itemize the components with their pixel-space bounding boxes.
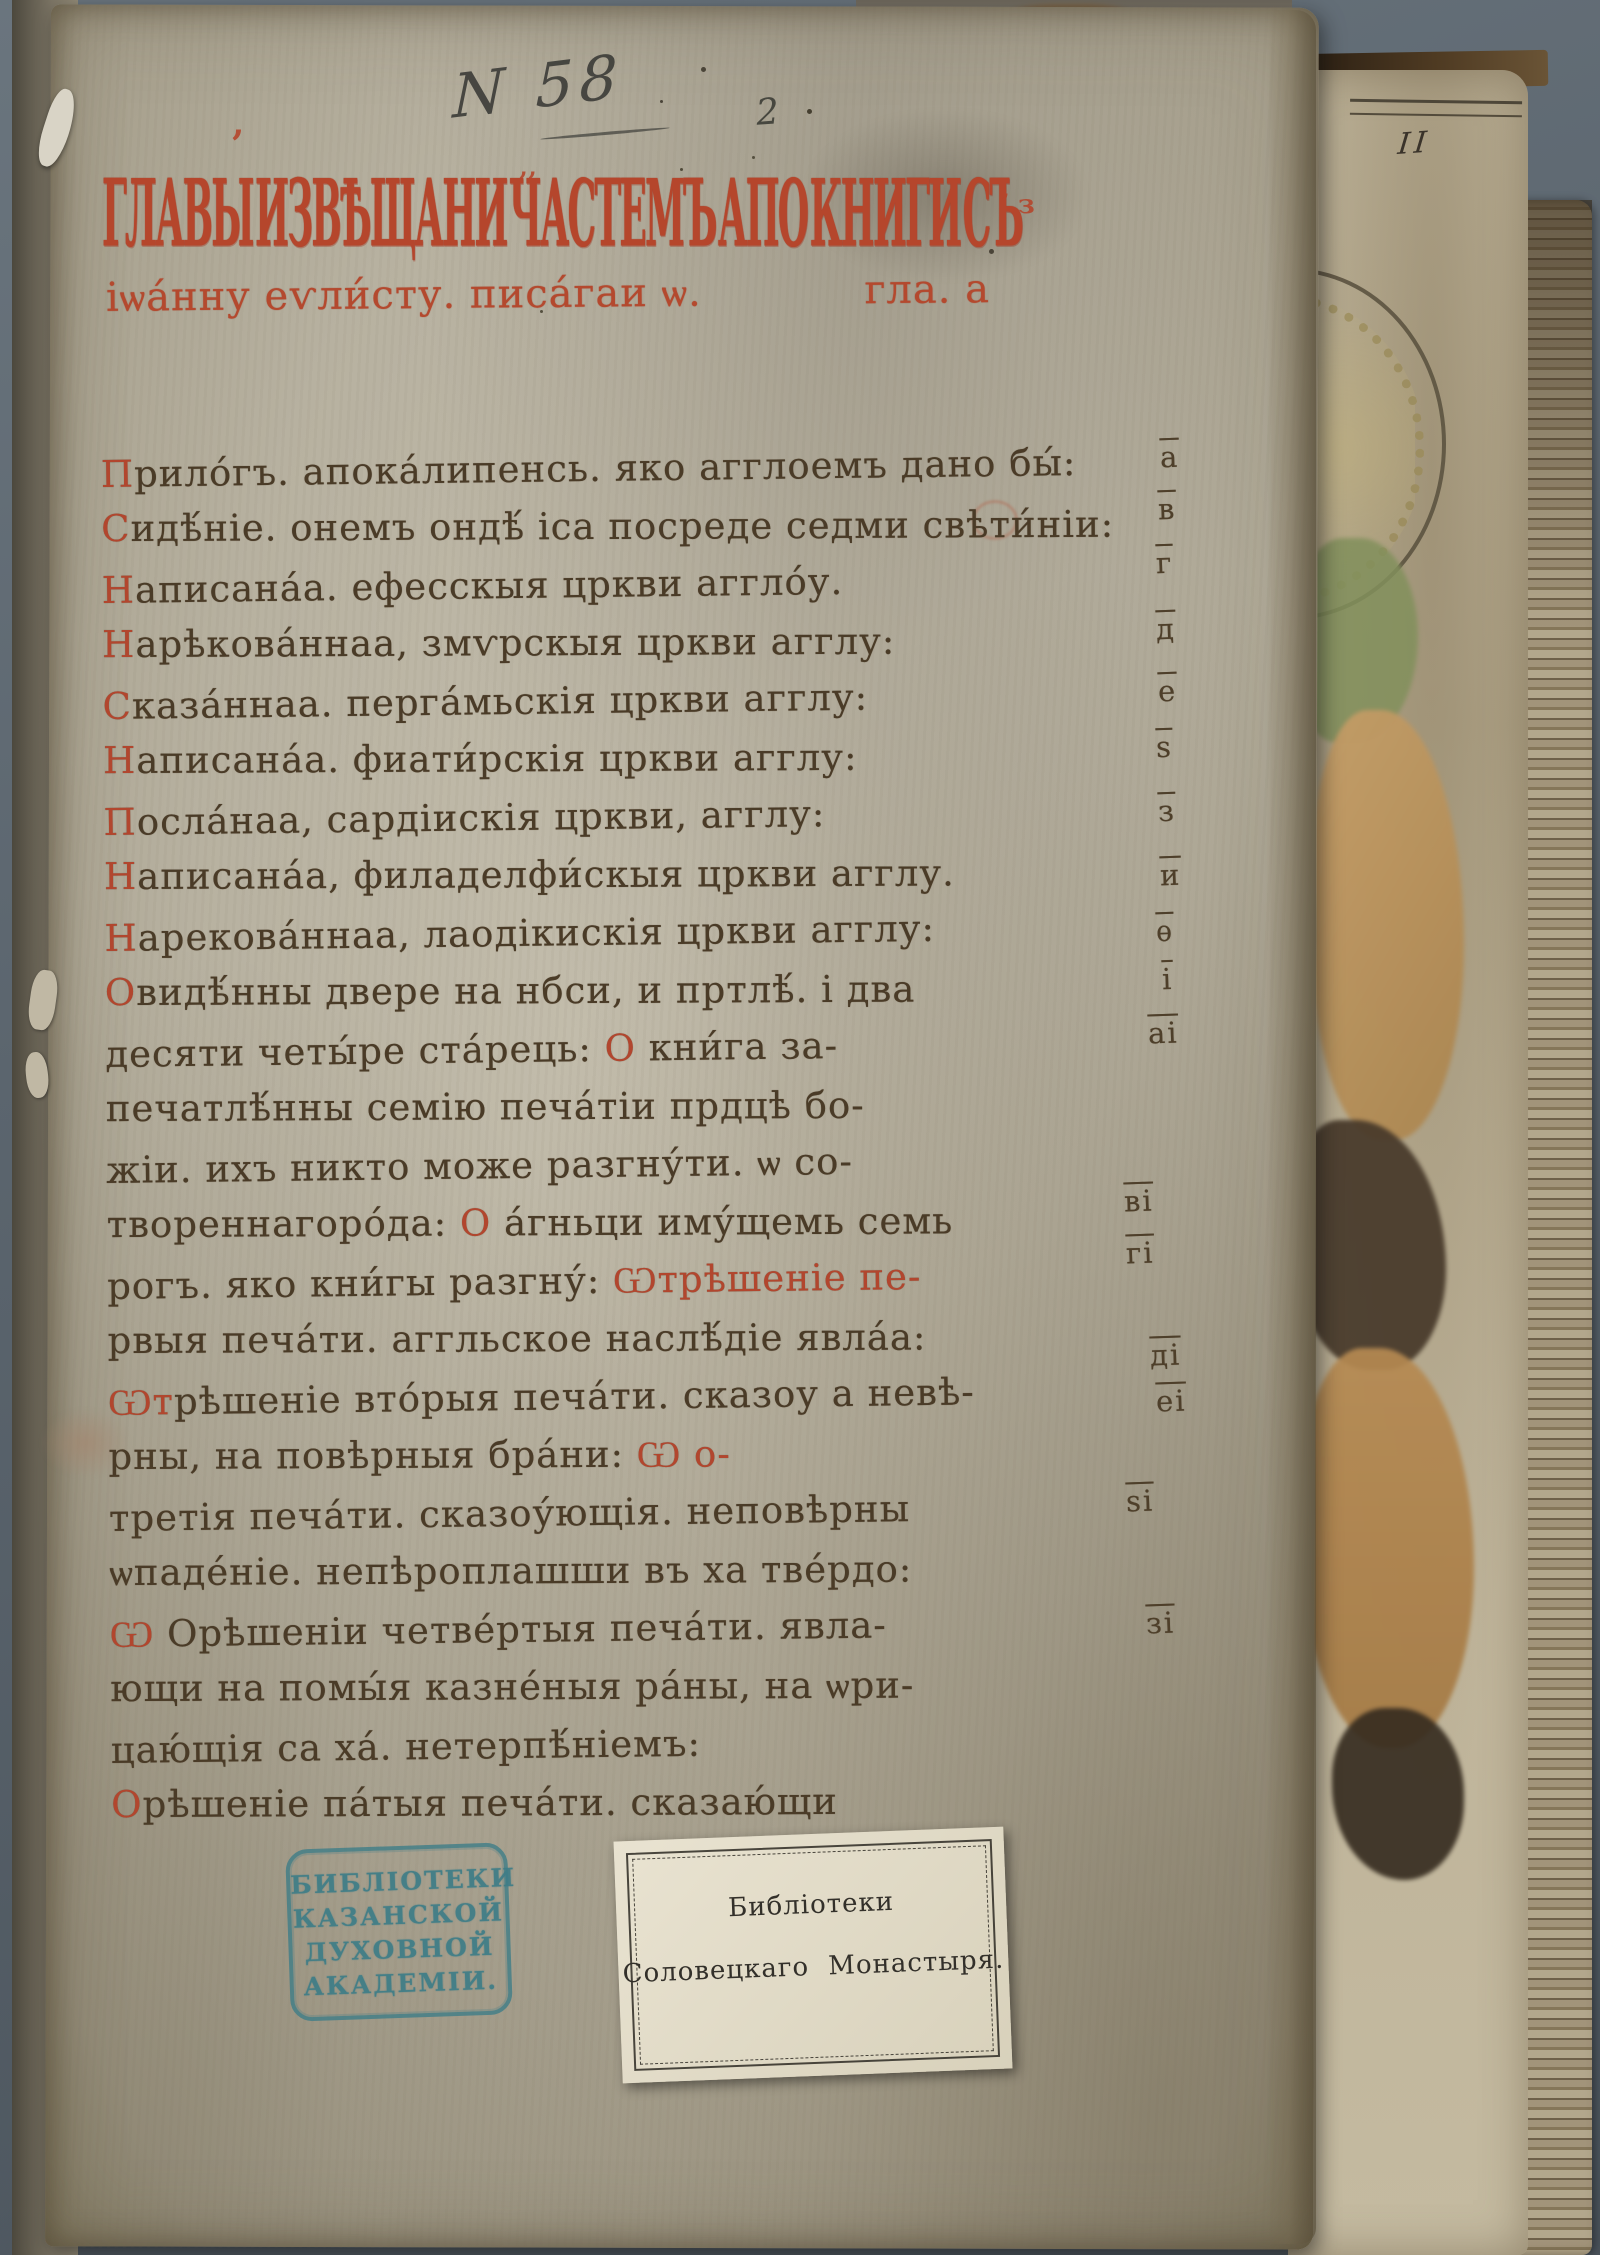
under-page: ІІ: [1288, 70, 1528, 2255]
rubric-segment: П: [103, 801, 137, 844]
ink-segment: аписана́а. ефесскыя цркви аггло́у.: [135, 560, 844, 612]
rubric-segment: С: [102, 685, 132, 728]
ink-segment: ющи на помы́я казне́ныя ра́ны, на ѡри-: [110, 1664, 914, 1711]
leaf-right-edge: [1266, 10, 1316, 2244]
ink-segment: рны, на повѣрныя бра́ни:: [108, 1433, 637, 1478]
ink-segment: печатлѣ́нны семію печа́тіи прдцѣ бо-: [106, 1084, 865, 1130]
manuscript-line: Нарѣкова́ннаа, змѵрскыя цркви агглу:: [102, 612, 1082, 674]
manuscript-line: Ѡ Орѣшеніи четве́ртыя печа́ти. явла-: [110, 1594, 1091, 1664]
manuscript-line: печатлѣ́нны семію печа́тіи прдцѣ бо-: [106, 1076, 1086, 1138]
rubric-segment: Н: [103, 739, 136, 782]
illumination-fragment-foot: [1332, 1708, 1464, 1880]
manuscript-line: Орѣшеніе па́тыя печа́ти. сказаю́щи: [111, 1772, 1091, 1834]
rubric-segment: О: [111, 1783, 143, 1826]
manuscript-text-block: Прило́гъ. апока́липенсь. яко агглоемъ да…: [101, 436, 1092, 1836]
under-page-ruled-border: [1350, 99, 1522, 117]
ink-segment: а́гньци иму́щемь семь: [491, 1199, 953, 1244]
rubric-segment: Ѡт: [108, 1380, 174, 1424]
ink-segment: ѡпаде́ніе. непѣроплашши въ ха тве́рдо:: [109, 1548, 912, 1595]
ink-segment: кни́га за-: [636, 1024, 839, 1069]
manuscript-line: Сказа́ннаа. перга́мьскія цркви агглу:: [102, 666, 1083, 736]
kazan-academy-stamp: БИБЛІОТЕКИ КАЗАНСКОЙ ДУХОВНОЙ АКАДЕМІИ.: [285, 1842, 513, 2022]
rubric-segment: Ѡ о-: [637, 1432, 731, 1475]
folio-number: 2: [755, 91, 781, 133]
rubric-segment: Ѡ: [110, 1612, 168, 1656]
ink-segment: цаю́щія са ха́. нетерпѣ́ніемъ:: [111, 1722, 702, 1772]
ink-segment: рило́гъ. апока́липенсь. яко агглоемъ дан…: [134, 441, 1077, 496]
ink-segment: рѣшеніе вто́рыя печа́ти. сказоу а невѣ-: [174, 1370, 975, 1423]
header-chapter-number: гла. а: [864, 266, 990, 314]
ink-segment: видѣ́нны двере на нбси, и пртлѣ́. і два: [136, 968, 915, 1014]
ink-segment: аписана́а. фиати́рскія цркви агглу:: [136, 736, 857, 782]
under-page-mark: ІІ: [1393, 125, 1436, 162]
manuscript-line: рвыя печа́ти. аггльское наслѣ́діе явла́а…: [107, 1308, 1087, 1370]
stamp-line: БИБЛІОТЕКИ: [290, 1863, 505, 1899]
ink-segment: аписана́а, филаделфи́скыя цркви агглу.: [137, 851, 955, 898]
manuscript-line: Прило́гъ. апока́липенсь. яко агглоемъ да…: [100, 434, 1081, 504]
ink-segment: каза́ннаа. перга́мьскія цркви агглу:: [132, 676, 869, 728]
illumination-fragment-dark: [1294, 1120, 1446, 1370]
rubric-segment: Н: [101, 569, 135, 612]
manuscript-line: Ѡтрѣшеніе вто́рыя печа́ти. сказоу а невѣ…: [108, 1362, 1089, 1432]
ink-segment: арѣкова́ннаа, змѵрскыя цркви агглу:: [135, 620, 895, 666]
stamp-line: АКАДЕМІИ.: [293, 1965, 508, 2001]
manuscript-line: ѡпаде́ніе. непѣроплашши въ ха тве́рдо:: [109, 1540, 1089, 1602]
rubric-segment: О: [460, 1201, 492, 1244]
stamp-line: ДУХОВНОЙ: [292, 1931, 507, 1967]
ink-segment: десяти четы́ре ста́рець:: [105, 1027, 605, 1076]
rubric-segment: Н: [104, 917, 138, 960]
manuscript-line: ющи на помы́я казне́ныя ра́ны, на ѡри-: [110, 1656, 1090, 1718]
manuscript-line: Написана́а. ефесскыя цркви аггло́у.: [101, 550, 1082, 620]
illumination-fragment-ochre: [1302, 1348, 1474, 1748]
manuscript-line: Посла́наа, сардіискія цркви, агглу:: [103, 782, 1084, 852]
ink-segment: рѣшеніе па́тыя печа́ти. сказаю́щи: [142, 1780, 838, 1826]
ink-segment: осла́наа, сардіискія цркви, агглу:: [137, 792, 826, 843]
header-line-text: іѡа́нну еѵли́сту. писа́гаи ѡ.: [106, 269, 702, 321]
illumination-fragment-figure: [1312, 710, 1464, 1140]
manuscript-line: Сидѣ́ніе. онемъ ондѣ́ іса посреде седми …: [101, 496, 1081, 558]
manuscript-line: жіи. ихъ никто може разгну́ти. ѡ со-: [106, 1130, 1087, 1200]
rubric-segment: Н: [104, 855, 137, 898]
ink-segment: третія печа́ти. сказоу́ющія. неповѣрны: [109, 1487, 911, 1540]
rubric-segment: Ѡтрѣшеніе пе-: [613, 1255, 922, 1302]
rubric-segment: Н: [102, 623, 135, 666]
manuscript-line: Написана́а. фиати́рскія цркви агглу:: [103, 728, 1083, 790]
ink-segment: жіи. ихъ никто може разгну́ти. ѡ со-: [106, 1140, 853, 1192]
ink-segment: рогъ. яко кни́гы разгну́:: [107, 1259, 613, 1308]
manuscript-photo: { "annotations": { "inventory_number": "…: [0, 0, 1600, 2255]
manuscript-line: рогъ. яко кни́гы разгну́: Ѡтрѣшеніе пе-: [107, 1246, 1088, 1316]
manuscript-line: десяти четы́ре ста́рець: О кни́га за-: [105, 1014, 1086, 1084]
manuscript-line: Овидѣ́нны двере на нбси, и пртлѣ́. і два: [105, 960, 1085, 1022]
solovetsky-library-label: Библіотеки Соловецкаго Монастыря.: [613, 1827, 1012, 2084]
rubric-segment: О: [105, 971, 137, 1014]
ink-segment: арекова́ннаа, лаодікискія цркви агглу:: [137, 907, 935, 960]
rubric-segment: П: [101, 453, 135, 496]
manuscript-line: твореннагоро́да: О а́гньци иму́щемь семь: [107, 1192, 1087, 1254]
rubric-segment: О: [604, 1027, 636, 1070]
ink-segment: Орѣшеніи четве́ртыя печа́ти. явла-: [167, 1603, 887, 1655]
manuscript-line: цаю́щія са ха́. нетерпѣ́ніемъ:: [110, 1710, 1091, 1780]
ink-segment: идѣ́ніе. онемъ ондѣ́ іса посреде седми с…: [130, 503, 1114, 550]
manuscript-line: рны, на повѣрныя бра́ни: Ѡ о-: [108, 1424, 1088, 1486]
ink-specks: [660, 100, 663, 103]
ink-segment: рвыя печа́ти. аггльское наслѣ́діе явла́а…: [108, 1316, 927, 1363]
header-line: іѡа́нну еѵли́сту. писа́гаи ѡ. гла. а: [106, 266, 990, 321]
manuscript-line: Написана́а, филаделфи́скыя цркви агглу.: [104, 844, 1084, 906]
ink-segment: твореннагоро́да:: [107, 1202, 460, 1247]
manuscript-line: Нарекова́ннаа, лаодікискія цркви агглу:: [104, 898, 1085, 968]
manuscript-line: третія печа́ти. сказоу́ющія. неповѣрны: [109, 1478, 1090, 1548]
stamp-line: КАЗАНСКОЙ: [291, 1897, 506, 1933]
rubric-segment: С: [101, 507, 130, 550]
